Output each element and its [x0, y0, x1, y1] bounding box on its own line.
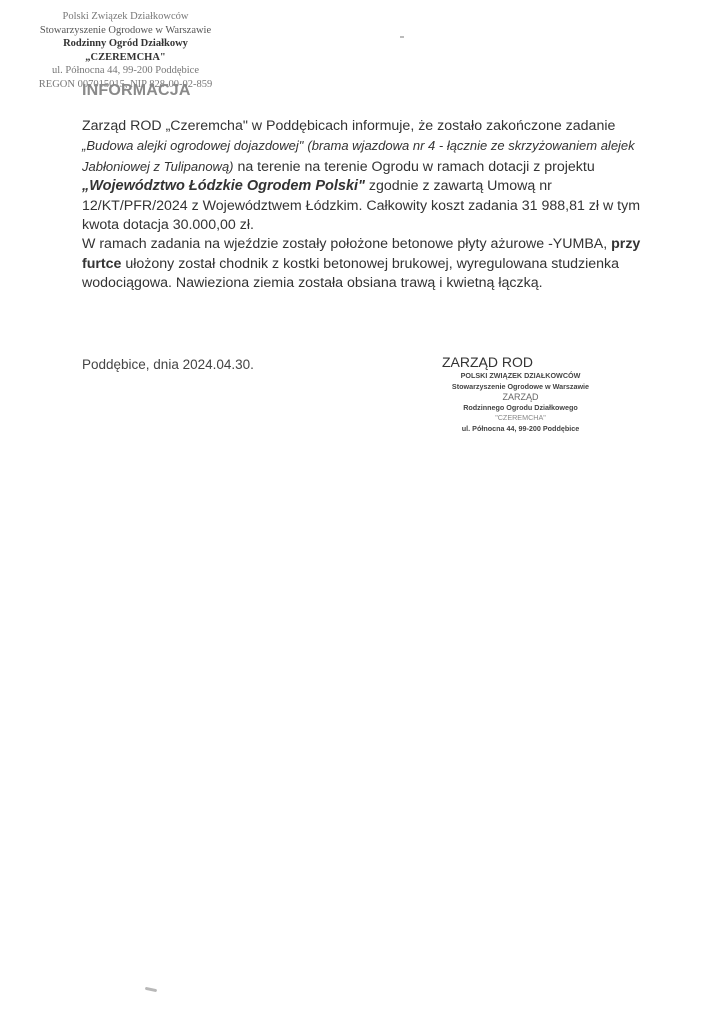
paragraph-1: Zarząd ROD „Czeremcha" w Poddębicach inf…	[82, 117, 642, 235]
stamp-line: Rodzinny Ogród Działkowy	[18, 37, 233, 51]
stamp-line: ul. Północna 44, 99-200 Poddębice	[428, 424, 613, 435]
organization-stamp: Polski Związek Działkowców Stowarzyszeni…	[18, 10, 233, 91]
place-and-date: Poddębice, dnia 2024.04.30.	[82, 357, 254, 372]
stamp-line: ZARZĄD	[428, 392, 613, 403]
signature-heading: ZARZĄD ROD	[442, 354, 613, 370]
scan-speck	[400, 36, 404, 38]
paragraph-2: W ramach zadania na wjeździe zostały poł…	[82, 235, 642, 293]
stamp-line: POLSKI ZWIĄZEK DZIAŁKOWCÓW	[428, 371, 613, 382]
board-signature-stamp: ZARZĄD ROD POLSKI ZWIĄZEK DZIAŁKOWCÓW St…	[428, 354, 613, 434]
scan-speck	[145, 987, 157, 992]
document-title: INFORMACJA	[82, 82, 191, 100]
stamp-line: "CZEREMCHA"	[428, 413, 613, 424]
document-body: Zarząd ROD „Czeremcha" w Poddębicach inf…	[82, 117, 642, 294]
stamp-line: ul. Północna 44, 99-200 Poddębice	[18, 64, 233, 78]
project-name: „Województwo Łódzkie Ogrodem Polski"	[82, 178, 365, 194]
stamp-line: Rodzinnego Ogrodu Działkowego	[428, 403, 613, 414]
stamp-line: Stowarzyszenie Ogrodowe w Warszawie	[18, 24, 233, 38]
stamp-line: „CZEREMCHA"	[18, 51, 233, 65]
stamp-line: Stowarzyszenie Ogrodowe w Warszawie	[428, 382, 613, 393]
stamp-line: Polski Związek Działkowców	[18, 10, 233, 24]
task-name: „Budowa alejki ogrodowej dojazdowej"	[82, 138, 303, 153]
